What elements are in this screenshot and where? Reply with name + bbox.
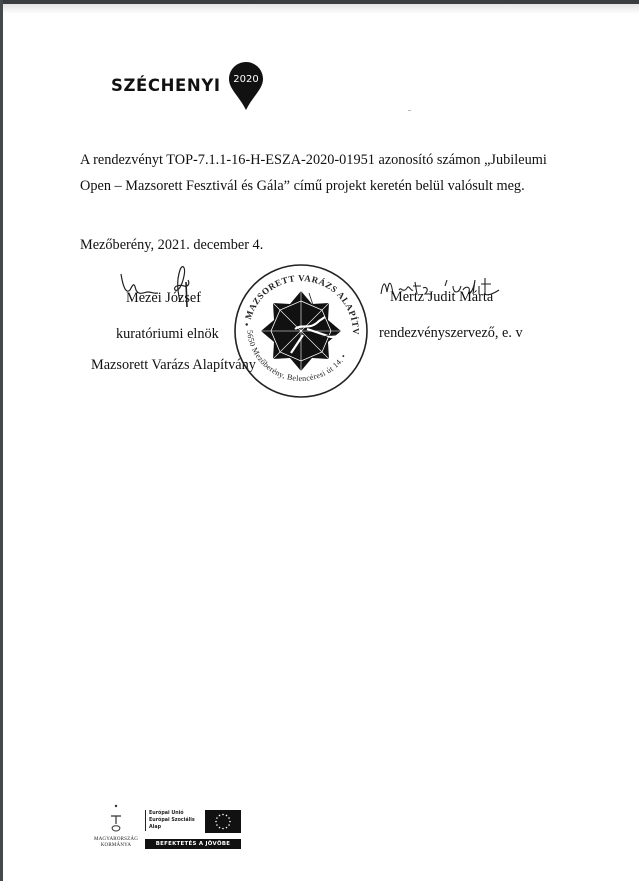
hungarian-government-logo: MAGYARORSZÁG KORMÁNYA [93, 804, 138, 854]
document-page: SZÉCHENYI 2020 A rendezvényt TOP-7.1.1-1… [3, 4, 639, 881]
hungarian-government-label: MAGYARORSZÁG KORMÁNYA [91, 837, 141, 849]
eu-fund-logo: Európai Unió Európai Szociális Alap BEFE… [145, 810, 245, 854]
signatory-right-role: rendezvényszervező, e. v [379, 325, 523, 342]
map-pin-icon [229, 62, 263, 110]
funding-logos: MAGYARORSZÁG KORMÁNYA Európai Unió Európ… [93, 804, 253, 854]
coat-of-arms-icon [107, 804, 125, 834]
logo-wordmark: SZÉCHENYI [111, 76, 221, 95]
scan-speck [408, 110, 411, 111]
place-date: Mezőberény, 2021. december 4. [80, 237, 263, 254]
official-stamp-icon: • MAZSORETT VARÁZS ALAPÍTVÁNY 5650 Mezőb… [231, 261, 371, 401]
signatory-left-name: Mezei József [126, 290, 201, 307]
eu-fund-label: Európai Unió Európai Szociális Alap [145, 810, 195, 831]
logo-year: 2020 [229, 74, 263, 85]
eu-flag-icon [205, 810, 241, 833]
body-paragraph: A rendezvényt TOP-7.1.1-16-H-ESZA-2020-0… [80, 147, 550, 199]
investing-in-future-banner: BEFEKTETÉS A JÖVŐBE [145, 839, 241, 849]
signatory-right-name: Mertz Judit Márta [390, 289, 493, 306]
signatory-left-role: kuratóriumi elnök [116, 326, 219, 343]
